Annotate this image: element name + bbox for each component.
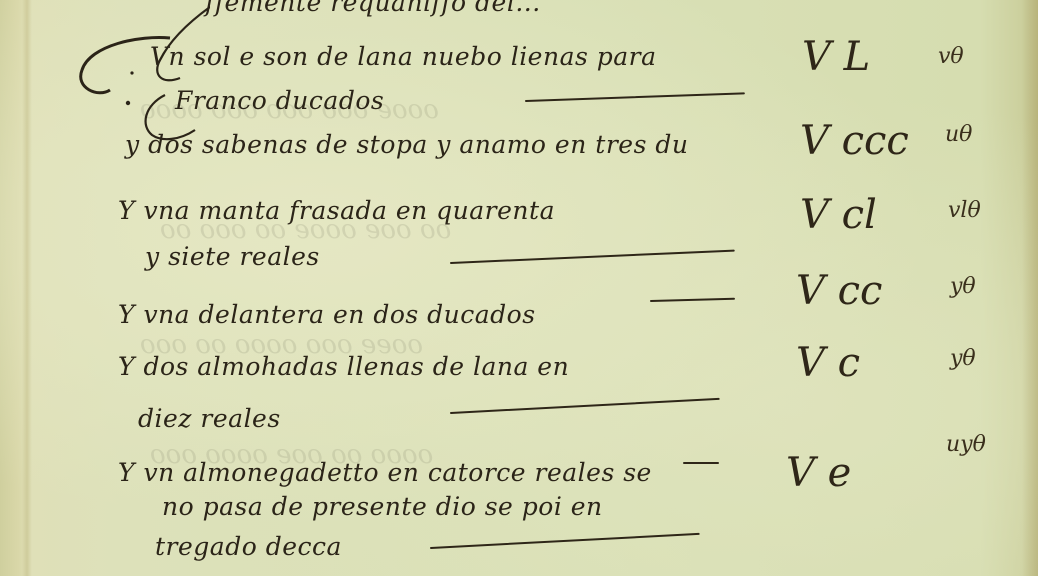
entry-text: Y vn almonegadetto en catorce reales se [118, 458, 652, 487]
entry-text: diez reales [138, 404, 281, 433]
entry-amount: V L [802, 34, 870, 80]
entry-text: Franco ducados [175, 86, 384, 115]
entry-line: Y vn almonegadetto en catorce reales se [118, 458, 652, 487]
top-partial-line: ffemente requaniffo del... [205, 0, 541, 17]
entry-line: tregado decca [155, 532, 342, 561]
closing-rule [650, 298, 735, 302]
entry-text: Y vna delantera en dos ducados [118, 300, 536, 329]
entry-line: Y vna manta frasada en quarenta [118, 196, 555, 225]
closing-rule [525, 92, 745, 102]
entry-line: Y vna delantera en dos ducados [118, 300, 536, 329]
entry-text: y siete reales [145, 242, 320, 271]
entry-amount: V c [796, 340, 860, 386]
entry-line: diez reales [138, 404, 281, 433]
maravedis-label: vθ [938, 44, 964, 69]
entry-text: Vn sol e son de lana nuebo lienas para [150, 42, 657, 71]
closing-rule [450, 250, 735, 264]
maravedis-label: yθ [950, 274, 976, 299]
entry-text: y dos sabenas de stopa y anamo en tres d… [125, 130, 688, 159]
maravedis-label: vlθ [948, 198, 981, 223]
amount-text: V cl [800, 192, 877, 238]
entry-line: Y dos almohadas llenas de lana en [118, 352, 569, 381]
entry-text: tregado decca [155, 532, 342, 561]
manuscript-page: oooe ooo ooo ooo oooo oo ooe oooe oo ooo… [0, 0, 1038, 576]
entry-amount: V cc [796, 268, 882, 314]
entry-line: y siete reales [145, 242, 320, 271]
page-fold-shadow [22, 0, 32, 576]
amount-text: V e [786, 450, 851, 496]
page-edge-shadow [1022, 0, 1038, 576]
entry-line: y dos sabenas de stopa y anamo en tres d… [125, 130, 688, 159]
entry-text: Y dos almohadas llenas de lana en [118, 352, 569, 381]
entry-amount: V cl [800, 192, 877, 238]
entry-amount: V e [786, 450, 851, 496]
entry-line: Vn sol e son de lana nuebo lienas para [150, 42, 657, 71]
closing-rule [430, 533, 700, 549]
amount-text: V cc [796, 268, 882, 314]
closing-rule [450, 398, 720, 414]
amount-text: V ccc [800, 118, 909, 164]
entry-amount: V ccc [800, 118, 909, 164]
maravedis-label: uθ [945, 122, 972, 147]
entry-line: no pasa de presente dio se poi en [162, 492, 603, 521]
entry-text: no pasa de presente dio se poi en [162, 492, 603, 521]
amount-text: V c [796, 340, 860, 386]
maravedis-label: uyθ [946, 432, 986, 457]
closing-rule [683, 462, 719, 464]
entry-text: Y vna manta frasada en quarenta [118, 196, 555, 225]
entry-line: Franco ducados [175, 86, 384, 115]
line-text: ffemente requaniffo del... [205, 0, 541, 17]
maravedis-label: yθ [950, 346, 976, 371]
amount-text: V L [802, 34, 870, 80]
